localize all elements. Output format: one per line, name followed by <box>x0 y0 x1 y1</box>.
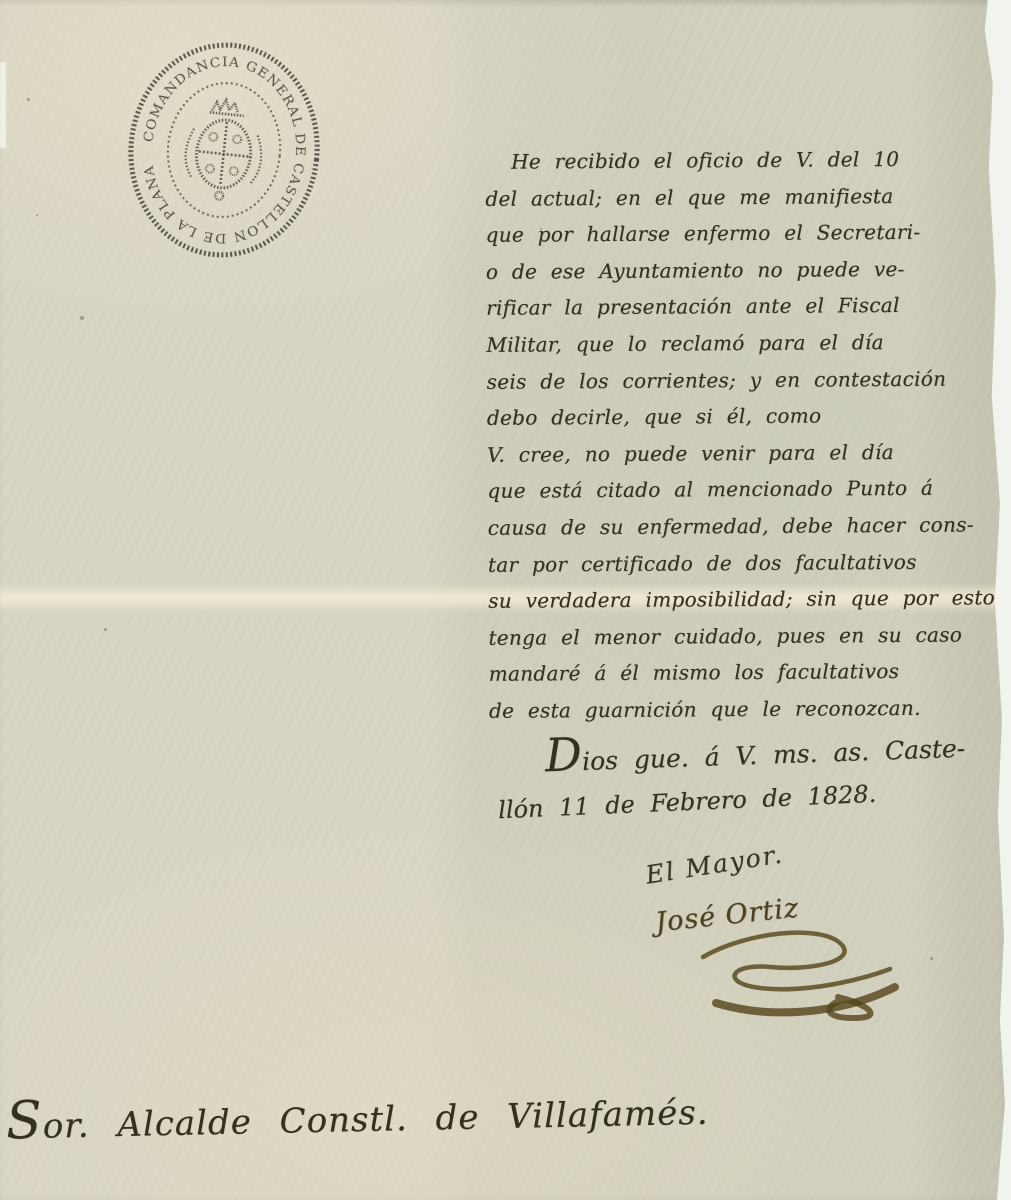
ink-speck <box>80 316 84 320</box>
letter-body-line: mandaré á él mismo los facultativos <box>489 652 1009 692</box>
letter-body-line: causa de su enfermedad, debe hacer cons- <box>488 506 1008 546</box>
letter-body: He recibido el oficio de V. del 10del ac… <box>485 140 1009 729</box>
letter-body-line: de esta guarnición que le reconozcan. <box>489 689 1009 729</box>
closing-line-2: llón 11 de Febrero de 1828. <box>498 780 877 824</box>
letter-body-line: que por hallarse enfermo el Secretari- <box>485 213 1005 253</box>
letter-body-line: tar por certificado de dos facultativos <box>488 543 1008 583</box>
letter-body-line: Militar, que lo reclamó para el día <box>486 323 1006 363</box>
ink-speck <box>104 628 107 631</box>
signature-rubric-flourish <box>688 925 928 1025</box>
letter-body-line: rificar la presentación ante el Fiscal <box>486 287 1006 327</box>
coat-of-arms-icon <box>181 96 267 203</box>
letter-body-line: del actual; en el que me manifiesta <box>485 177 1005 217</box>
letter-body-line: su verdadera imposibilidad; sin que por … <box>488 579 1008 619</box>
letter-body-line: tenga el menor cuidado, pues en su caso <box>488 616 1008 656</box>
letter-body-line: debo decirle, que si él, como <box>487 396 1007 436</box>
ink-speck <box>27 98 30 101</box>
letter-body-line: V. cree, no puede venir para el día <box>487 433 1007 473</box>
letter-body-line: o de ese Ayuntamiento no puede ve- <box>486 250 1006 290</box>
scan-background: COMANDANCIA GENERAL DE CASTELLON DE LA P… <box>0 0 1011 1200</box>
scan-edge-highlight <box>0 62 6 148</box>
letter-body-line: He recibido el oficio de V. del 10 <box>485 140 1005 180</box>
signature-title: El Mayor. <box>644 839 786 889</box>
addressee-line: Sor. Alcalde Constl. de Villafamés. <box>6 1089 907 1148</box>
letter-body-line: seis de los corrientes; y en contestació… <box>486 360 1006 400</box>
ink-speck <box>930 957 933 960</box>
closing-line-1: Dios gue. á V. ms. as. Caste- <box>545 731 966 778</box>
official-seal: COMANDANCIA GENERAL DE CASTELLON DE LA P… <box>115 30 333 269</box>
letter-body-line: que está citado al mencionado Punto á <box>487 470 1007 510</box>
seal-graphic: COMANDANCIA GENERAL DE CASTELLON DE LA P… <box>115 30 333 269</box>
ink-speck <box>36 214 38 216</box>
letter-paper: COMANDANCIA GENERAL DE CASTELLON DE LA P… <box>0 0 1011 1200</box>
